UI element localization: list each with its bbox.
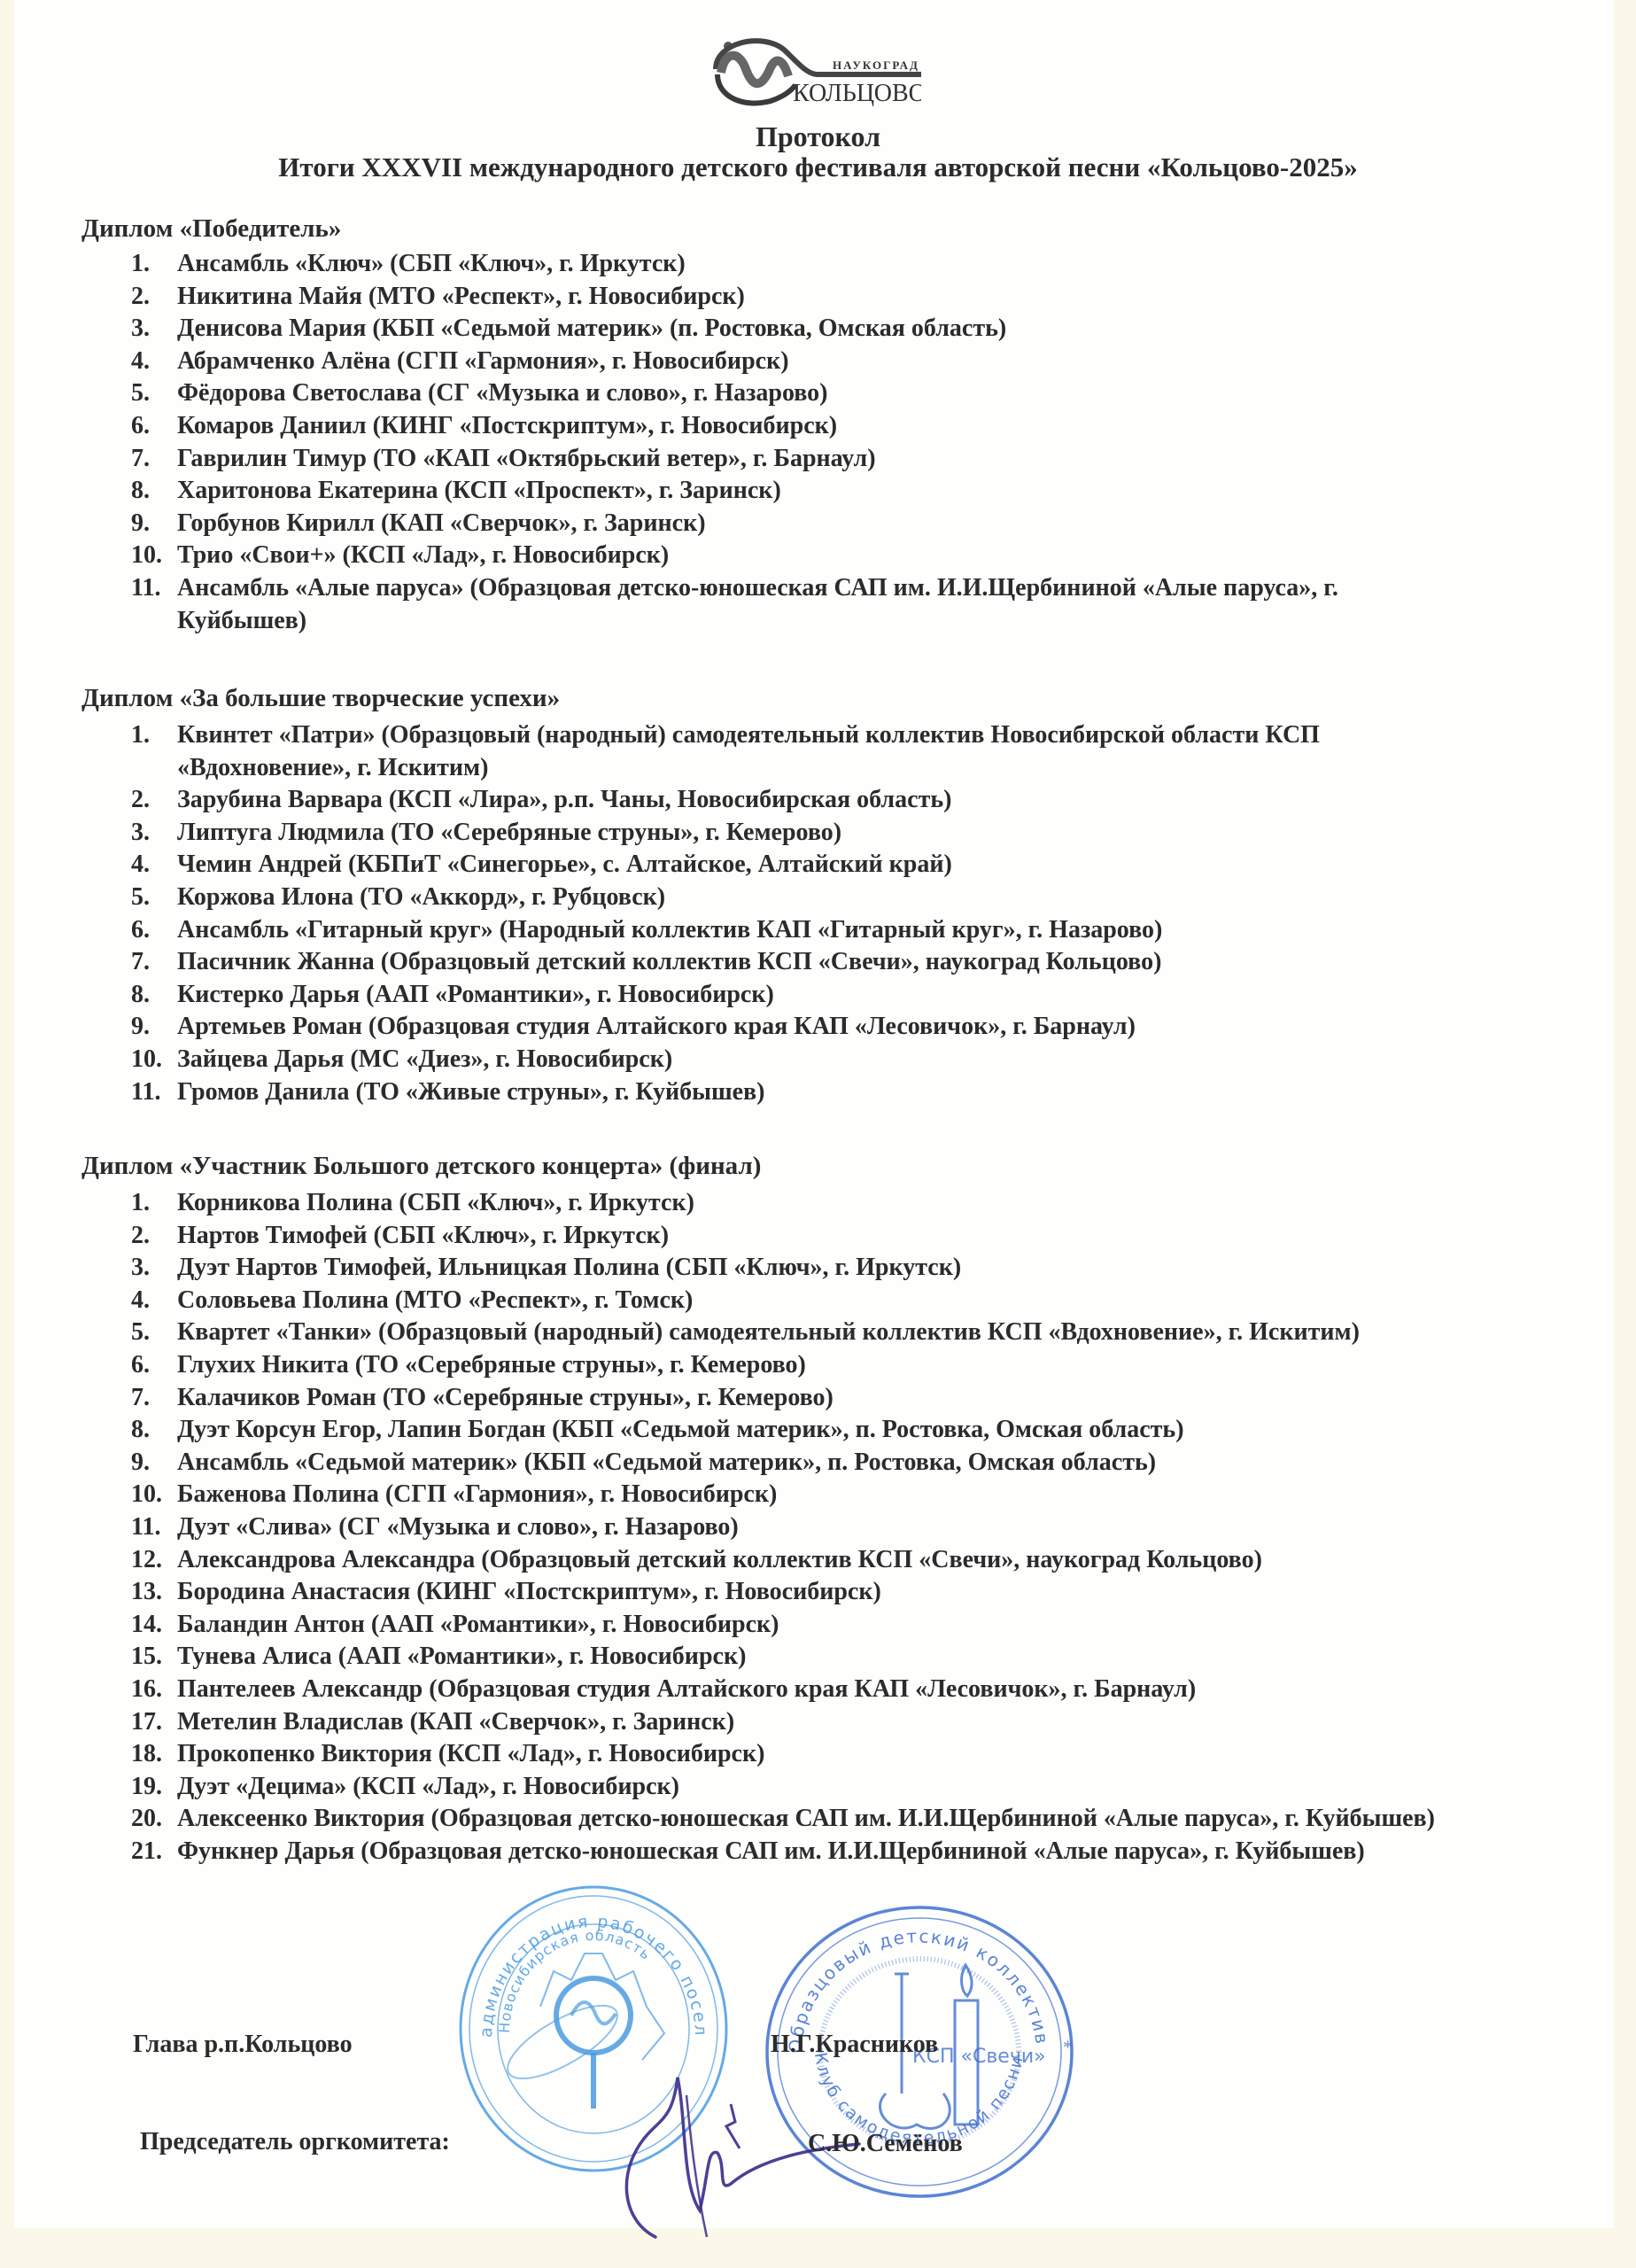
item-text: Ансамбль «Гитарный круг» (Народный колле… bbox=[177, 914, 1453, 947]
list-item: 8.Дуэт Корсун Егор, Лапин Богдан (КБП «С… bbox=[0, 1414, 1594, 1447]
item-number: 3. bbox=[131, 817, 150, 850]
item-text: Зайцева Дарья (МС «Диез», г. Новосибирск… bbox=[177, 1044, 1453, 1076]
list-item: 11.Ансамбль «Алые паруса» (Образцовая де… bbox=[0, 572, 1594, 637]
list-item: 4.Чемин Андрей (КБПиТ «Синегорье», с. Ал… bbox=[0, 849, 1594, 882]
item-number: 21. bbox=[131, 1836, 162, 1868]
item-number: 1. bbox=[131, 248, 150, 281]
item-text: Гаврилин Тимур (ТО «КАП «Октябрьский вет… bbox=[177, 443, 1453, 476]
item-text: Бородина Анастасия (КИНГ «Постскриптум»,… bbox=[177, 1576, 1453, 1609]
list-item: 10.Зайцева Дарья (МС «Диез», г. Новосиби… bbox=[0, 1044, 1594, 1076]
list-item: 2.Зарубина Варвара (КСП «Лира», р.п. Чан… bbox=[0, 784, 1594, 817]
item-number: 3. bbox=[131, 1252, 150, 1285]
item-number: 11. bbox=[131, 1076, 160, 1109]
item-number: 10. bbox=[131, 1479, 162, 1511]
list-item: 1.Корникова Полина (СБП «Ключ», г. Иркут… bbox=[0, 1187, 1594, 1220]
item-text: Прокопенко Виктория (КСП «Лад», г. Новос… bbox=[177, 1738, 1453, 1771]
list-item: 8.Харитонова Екатерина (КСП «Проспект», … bbox=[0, 475, 1594, 508]
signature-role-head: Глава р.п.Кольцово bbox=[133, 2029, 353, 2061]
list-item: 10.Баженова Полина (СГП «Гармония», г. Н… bbox=[0, 1479, 1594, 1511]
list-item: 18.Прокопенко Виктория (КСП «Лад», г. Но… bbox=[0, 1738, 1594, 1771]
item-text: Пантелеев Александр (Образцовая студия А… bbox=[177, 1674, 1453, 1706]
list-item: 11.Громов Данила (ТО «Живые струны», г. … bbox=[0, 1076, 1594, 1109]
list-item: 14.Баландин Антон (ААП «Романтики», г. Н… bbox=[0, 1609, 1594, 1642]
item-number: 17. bbox=[131, 1706, 162, 1739]
item-text: Пасичник Жанна (Образцовый детский колле… bbox=[177, 946, 1453, 979]
item-text: Ансамбль «Ключ» (СБП «Ключ», г. Иркутск) bbox=[177, 248, 1453, 281]
item-text: Зарубина Варвара (КСП «Лира», р.п. Чаны,… bbox=[177, 784, 1453, 817]
list-item: 4.Соловьева Полина (МТО «Респект», г. То… bbox=[0, 1285, 1594, 1317]
item-text: Ансамбль «Седьмой материк» (КБП «Седьмой… bbox=[177, 1447, 1453, 1480]
list-item: 3.Денисова Мария (КБП «Седьмой материк» … bbox=[0, 313, 1594, 346]
kolcovo-logo: НАУКОГРАД КОЛЬЦОВО bbox=[709, 34, 921, 106]
item-number: 7. bbox=[131, 443, 150, 476]
list-item: 5.Коржова Илона (ТО «Аккорд», г. Рубцовс… bbox=[0, 882, 1594, 914]
list-item: 6.Комаров Даниил (КИНГ «Постскриптум», г… bbox=[0, 410, 1594, 443]
item-number: 3. bbox=[131, 313, 150, 346]
signature-name-chairman: С.Ю.Семёнов bbox=[808, 2128, 963, 2160]
item-number: 11. bbox=[131, 1511, 160, 1544]
item-number: 6. bbox=[131, 914, 150, 947]
item-text: Горбунов Кирилл (КАП «Сверчок», г. Зарин… bbox=[177, 508, 1453, 540]
item-number: 7. bbox=[131, 946, 150, 979]
item-text: Дуэт «Слива» (СГ «Музыка и слово», г. На… bbox=[177, 1511, 1453, 1544]
item-text: Трио «Свои+» (КСП «Лад», г. Новосибирск) bbox=[177, 540, 1453, 572]
item-number: 19. bbox=[131, 1771, 162, 1804]
item-number: 4. bbox=[131, 849, 150, 882]
item-number: 2. bbox=[131, 1220, 150, 1253]
document-title: Протокол bbox=[0, 120, 1636, 152]
item-text: Никитина Майя (МТО «Респект», г. Новосиб… bbox=[177, 281, 1453, 314]
item-text: Чемин Андрей (КБПиТ «Синегорье», с. Алта… bbox=[177, 849, 1453, 882]
list-item: 11.Дуэт «Слива» (СГ «Музыка и слово», г.… bbox=[0, 1511, 1594, 1544]
list-item: 4.Абрамченко Алёна (СГП «Гармония», г. Н… bbox=[0, 346, 1594, 378]
list-item: 5.Фёдорова Светослава (СГ «Музыка и слов… bbox=[0, 377, 1594, 410]
list-item: 2.Никитина Майя (МТО «Респект», г. Новос… bbox=[0, 281, 1594, 314]
svg-text:*: * bbox=[1063, 2036, 1073, 2058]
list-item: 17.Метелин Владислав (КАП «Сверчок», г. … bbox=[0, 1706, 1594, 1739]
item-text: Липтуга Людмила (ТО «Серебряные струны»,… bbox=[177, 817, 1453, 850]
list-item: 9.Артемьев Роман (Образцовая студия Алта… bbox=[0, 1011, 1594, 1044]
svg-text:НАУКОГРАД: НАУКОГРАД bbox=[833, 58, 919, 72]
item-number: 1. bbox=[131, 1187, 150, 1220]
item-text: Баженова Полина (СГП «Гармония», г. Ново… bbox=[177, 1479, 1453, 1511]
list-item: 7.Пасичник Жанна (Образцовый детский кол… bbox=[0, 946, 1594, 979]
item-text: Александрова Александра (Образцовый детс… bbox=[177, 1544, 1453, 1577]
winner-list: 1.Ансамбль «Ключ» (СБП «Ключ», г. Иркутс… bbox=[0, 248, 1594, 637]
list-item: 19.Дуэт «Децима» (КСП «Лад», г. Новосиби… bbox=[0, 1771, 1594, 1804]
item-text: Артемьев Роман (Образцовая студия Алтайс… bbox=[177, 1011, 1453, 1044]
item-text: Калачиков Роман (ТО «Серебряные струны»,… bbox=[177, 1382, 1453, 1415]
list-item: 7.Калачиков Роман (ТО «Серебряные струны… bbox=[0, 1382, 1594, 1415]
item-number: 10. bbox=[131, 540, 162, 572]
item-text: Харитонова Екатерина (КСП «Проспект», г.… bbox=[177, 475, 1453, 508]
list-item: 7.Гаврилин Тимур (ТО «КАП «Октябрьский в… bbox=[0, 443, 1594, 476]
list-item: 15.Тунева Алиса (ААП «Романтики», г. Нов… bbox=[0, 1641, 1594, 1674]
item-text: Соловьева Полина (МТО «Респект», г. Томс… bbox=[177, 1285, 1453, 1317]
list-item: 5.Квартет «Танки» (Образцовый (народный)… bbox=[0, 1317, 1594, 1349]
list-item: 2.Нартов Тимофей (СБП «Ключ», г. Иркутск… bbox=[0, 1220, 1594, 1253]
list-item: 9.Ансамбль «Седьмой материк» (КБП «Седьм… bbox=[0, 1447, 1594, 1480]
list-item: 6.Ансамбль «Гитарный круг» (Народный кол… bbox=[0, 914, 1594, 947]
item-number: 9. bbox=[131, 508, 150, 540]
item-text: Нартов Тимофей (СБП «Ключ», г. Иркутск) bbox=[177, 1220, 1453, 1253]
document-subtitle: Итоги XXXVII международного детского фес… bbox=[0, 151, 1636, 183]
item-text: Фёдорова Светослава (СГ «Музыка и слово»… bbox=[177, 377, 1453, 410]
item-text: Квартет «Танки» (Образцовый (народный) с… bbox=[177, 1317, 1453, 1349]
item-number: 8. bbox=[131, 979, 150, 1012]
item-text: Глухих Никита (ТО «Серебряные струны», г… bbox=[177, 1349, 1453, 1382]
item-text: Метелин Владислав (КАП «Сверчок», г. Зар… bbox=[177, 1706, 1453, 1739]
item-number: 9. bbox=[131, 1011, 150, 1044]
list-item: 9.Горбунов Кирилл (КАП «Сверчок», г. Зар… bbox=[0, 508, 1594, 540]
section-title-creative-success: Диплом «За большие творческие успехи» bbox=[81, 682, 560, 714]
list-item: 12.Александрова Александра (Образцовый д… bbox=[0, 1544, 1594, 1577]
item-number: 9. bbox=[131, 1447, 150, 1480]
item-text: Дуэт Нартов Тимофей, Ильницкая Полина (С… bbox=[177, 1252, 1453, 1285]
item-text: Кистерко Дарья (ААП «Романтики», г. Ново… bbox=[177, 979, 1453, 1012]
creative-success-list: 1.Квинтет «Патри» (Образцовый (народный)… bbox=[0, 719, 1594, 1108]
list-item: 13.Бородина Анастасия (КИНГ «Постскрипту… bbox=[0, 1576, 1594, 1609]
item-text: Громов Данила (ТО «Живые струны», г. Куй… bbox=[177, 1076, 1453, 1109]
item-number: 14. bbox=[131, 1609, 162, 1642]
list-item: 20.Алексеенко Виктория (Образцовая детск… bbox=[0, 1803, 1594, 1836]
list-item: 3.Липтуга Людмила (ТО «Серебряные струны… bbox=[0, 817, 1594, 850]
item-number: 1. bbox=[131, 719, 150, 752]
signature-role-chairman: Председатель оргкомитета: bbox=[140, 2126, 450, 2158]
item-number: 5. bbox=[131, 1317, 150, 1349]
item-text: Дуэт Корсун Егор, Лапин Богдан (КБП «Сед… bbox=[177, 1414, 1453, 1447]
item-text: Ансамбль «Алые паруса» (Образцовая детск… bbox=[177, 572, 1453, 637]
item-number: 12. bbox=[131, 1544, 162, 1577]
item-number: 2. bbox=[131, 784, 150, 817]
item-text: Денисова Мария (КБП «Седьмой материк» (п… bbox=[177, 313, 1453, 346]
item-number: 8. bbox=[131, 1414, 150, 1447]
item-number: 10. bbox=[131, 1044, 162, 1076]
item-number: 18. bbox=[131, 1738, 162, 1771]
list-item: 6.Глухих Никита (ТО «Серебряные струны»,… bbox=[0, 1349, 1594, 1382]
item-number: 4. bbox=[131, 346, 150, 378]
item-text: Комаров Даниил (КИНГ «Постскриптум», г. … bbox=[177, 410, 1453, 443]
item-number: 15. bbox=[131, 1641, 162, 1674]
item-number: 16. bbox=[131, 1674, 162, 1706]
section-title-concert-participant: Диплом «Участник Большого детского конце… bbox=[81, 1150, 761, 1182]
section-title-winner: Диплом «Победитель» bbox=[81, 213, 341, 245]
item-text: Корникова Полина (СБП «Ключ», г. Иркутск… bbox=[177, 1187, 1453, 1220]
signature-name-head: Н.Г.Красников bbox=[771, 2029, 938, 2061]
item-number: 6. bbox=[131, 1349, 150, 1382]
item-text: Абрамченко Алёна (СГП «Гармония», г. Нов… bbox=[177, 346, 1453, 378]
item-number: 8. bbox=[131, 475, 150, 508]
item-number: 2. bbox=[131, 281, 150, 314]
item-text: Тунева Алиса (ААП «Романтики», г. Новоси… bbox=[177, 1641, 1453, 1674]
concert-participant-list: 1.Корникова Полина (СБП «Ключ», г. Иркут… bbox=[0, 1187, 1594, 1868]
item-number: 5. bbox=[131, 377, 150, 410]
list-item: 16.Пантелеев Александр (Образцовая студи… bbox=[0, 1674, 1594, 1706]
item-number: 20. bbox=[131, 1803, 162, 1836]
item-text: Коржова Илона (ТО «Аккорд», г. Рубцовск) bbox=[177, 882, 1453, 914]
item-text: Функнер Дарья (Образцовая детско-юношеск… bbox=[177, 1836, 1453, 1868]
list-item: 3.Дуэт Нартов Тимофей, Ильницкая Полина … bbox=[0, 1252, 1594, 1285]
list-item: 1.Ансамбль «Ключ» (СБП «Ключ», г. Иркутс… bbox=[0, 248, 1594, 281]
item-text: Дуэт «Децима» (КСП «Лад», г. Новосибирск… bbox=[177, 1771, 1453, 1804]
item-number: 4. bbox=[131, 1285, 150, 1317]
list-item: 8.Кистерко Дарья (ААП «Романтики», г. Но… bbox=[0, 979, 1594, 1012]
kolcovo-logo-icon: НАУКОГРАД КОЛЬЦОВО bbox=[709, 34, 921, 106]
item-number: 7. bbox=[131, 1382, 150, 1415]
item-text: Алексеенко Виктория (Образцовая детско-ю… bbox=[177, 1803, 1453, 1836]
item-number: 6. bbox=[131, 410, 150, 443]
item-text: Квинтет «Патри» (Образцовый (народный) с… bbox=[177, 719, 1453, 784]
item-number: 13. bbox=[131, 1576, 162, 1609]
svg-text:КОЛЬЦОВО: КОЛЬЦОВО bbox=[793, 80, 921, 106]
svg-text:администрация рабочего поселка: администрация рабочего поселка Кольцово bbox=[456, 1883, 710, 2038]
item-number: 11. bbox=[131, 572, 160, 605]
item-number: 5. bbox=[131, 882, 150, 914]
list-item: 10.Трио «Свои+» (КСП «Лад», г. Новосибир… bbox=[0, 540, 1594, 572]
list-item: 1.Квинтет «Патри» (Образцовый (народный)… bbox=[0, 719, 1594, 784]
list-item: 21.Функнер Дарья (Образцовая детско-юнош… bbox=[0, 1836, 1594, 1868]
item-text: Баландин Антон (ААП «Романтики», г. Ново… bbox=[177, 1609, 1453, 1642]
